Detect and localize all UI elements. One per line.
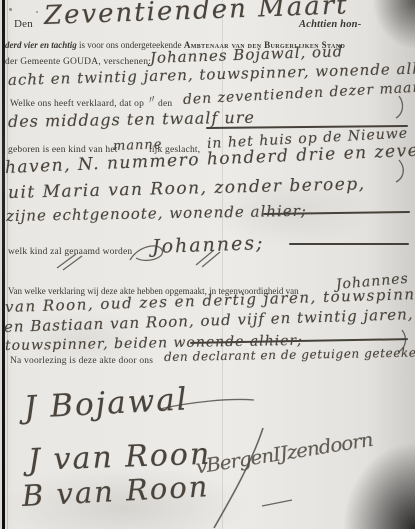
ink-speck (36, 11, 38, 13)
line-end-flourish (396, 160, 403, 182)
filler-rule (289, 243, 409, 245)
printed-welke-ons: Welke ons heeft verklaard, dat op (10, 99, 144, 109)
signature-declarant: J Bojawal (23, 381, 189, 426)
printed-achttien-hon: Achttien hon- (299, 19, 361, 30)
handwritten-child-name: Johannes; (152, 232, 265, 258)
printed-welk-kind: welk kind zal genaamd worden (8, 247, 132, 257)
printed-derd-vier-en-tachtig: derd vier en tachtig (5, 40, 77, 50)
printed-den: Den (14, 18, 33, 30)
signature-underline-stroke (262, 500, 292, 506)
left-scan-border (2, 0, 5, 529)
handwritten-birth-day: den zeventienden dezer maand (183, 79, 415, 108)
line-end-flourish (396, 96, 403, 118)
handwritten-spouse: zijne echtgenoote, wonende alhier; (6, 202, 307, 225)
printed-gemeente-gouda: der Gemeente GOUDA, verschenen: (5, 57, 151, 67)
handwritten-mother-name: uit Maria van Roon, zonder beroep, (8, 174, 366, 203)
insertion-mark: 〃 (143, 90, 158, 108)
pen-stroke (63, 256, 82, 270)
printed-na-voorlezing: Na voorlezing is deze akte door ons (10, 356, 153, 366)
ink-speck (9, 8, 12, 11)
birth-certificate-page: Den Zeventienden Maart Achttien hon- der… (0, 0, 415, 529)
printed-den2: den (158, 99, 172, 109)
